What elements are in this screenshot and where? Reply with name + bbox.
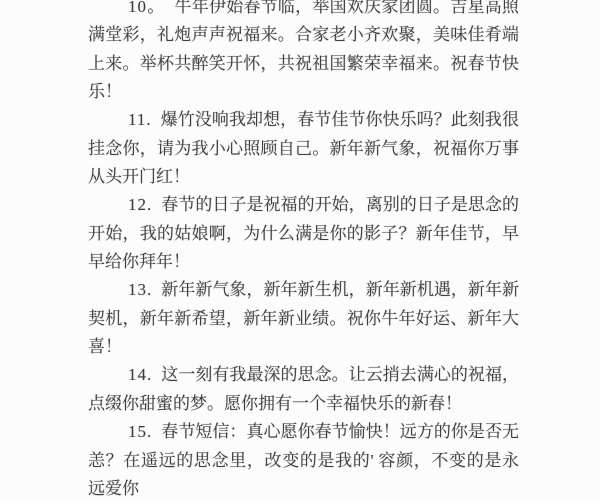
item-text: 爆竹没响我却想，春节佳节你快乐吗？此刻我很挂念你，请为我小心照顾自己。新年新气象… <box>88 110 519 186</box>
greeting-item-14: 14.这一刻有我最深的思念。让云捎去满心的祝福，点缀你甜蜜的梦。愿你拥有一个幸福… <box>88 361 519 400</box>
greeting-item-11: 11.爆竹没响我却想，春节佳节你快乐吗？此刻我很挂念你，请为我小心照顾自己。新年… <box>88 106 519 191</box>
greeting-item-13: 13.新年新气象，新年新生机，新年新机遇，新年新契机，新年新希望，新年新业绩。祝… <box>88 276 519 361</box>
item-number: 12. <box>128 195 152 214</box>
greeting-item-10: 10。牛年伊始春节临，举国欢庆家团圆。吉星高照满堂彩，礼炮声声祝福来。合家老小齐… <box>88 0 519 106</box>
item-number: 13. <box>128 280 152 299</box>
item-number: 10。 <box>128 0 165 16</box>
document-page: 10。牛年伊始春节临，举国欢庆家团圆。吉星高照满堂彩，礼炮声声祝福来。合家老小齐… <box>88 0 519 400</box>
item-number: 11. <box>128 110 152 129</box>
greeting-item-12: 12.春节的日子是祝福的开始，离别的日子是思念的开始，我的姑娘啊，为什么满是你的… <box>88 191 519 276</box>
item-number: 14. <box>128 365 152 384</box>
item-text: 春节的日子是祝福的开始，离别的日子是思念的开始，我的姑娘啊，为什么满是你的影子？… <box>88 195 519 271</box>
item-text: 这一刻有我最深的思念。让云捎去满心的祝福，点缀你甜蜜的梦。愿你拥有一个幸福快乐的… <box>88 365 519 400</box>
item-text: 新年新气象，新年新生机，新年新机遇，新年新契机，新年新希望，新年新业绩。祝你牛年… <box>88 280 519 356</box>
